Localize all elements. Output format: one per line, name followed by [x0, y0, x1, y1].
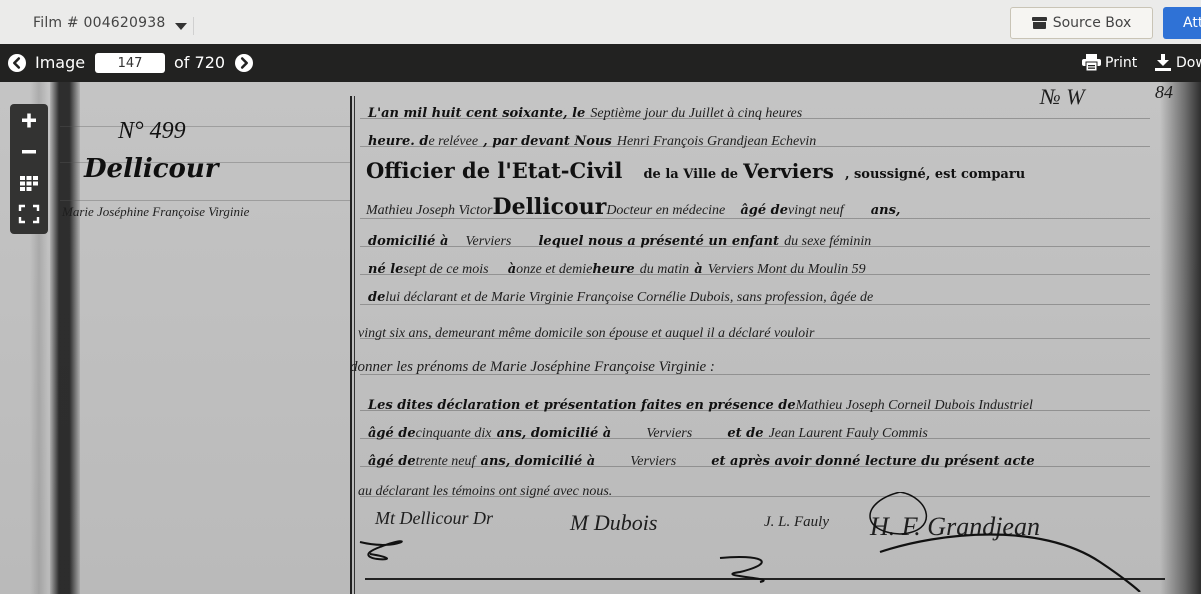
record-line-10: Les dites déclaration et présentation fa… [368, 394, 1033, 414]
signature-flourishes [340, 492, 1200, 592]
ruled-line [60, 200, 350, 201]
source-box-label: Source Box [1053, 15, 1132, 31]
download-label: Dow [1176, 55, 1201, 71]
record-line-2: heure. de relévee , par devant Nous Henr… [368, 130, 816, 150]
chevron-right-icon [235, 54, 253, 72]
record-line-11: âgé decinquante dix ans, domicilié à Ver… [368, 422, 928, 442]
archive-box-icon [1032, 17, 1047, 29]
ruled-line [60, 126, 350, 127]
zoom-in-button[interactable] [10, 106, 48, 136]
zoom-controls [10, 104, 48, 234]
record-line-12: âgé detrente neuf ans, domicilié à Vervi… [368, 450, 1035, 470]
minus-icon [10, 137, 48, 167]
entry-number: N° 499 [118, 118, 186, 145]
image-number-input[interactable] [95, 53, 165, 73]
record-line-9: donner les prénoms de Marie Joséphine Fr… [350, 356, 715, 376]
corner-mark: № W [1040, 84, 1085, 110]
fullscreen-icon [10, 199, 48, 229]
record-line-6: né lesept de ce mois àonze et demieheure… [368, 258, 866, 278]
film-dropdown-caret-icon[interactable] [175, 23, 187, 30]
grid-icon [10, 168, 48, 198]
image-total: of 720 [174, 53, 225, 72]
binding-shadow [50, 82, 80, 594]
print-button[interactable]: Print [1082, 54, 1137, 71]
previous-image-button[interactable] [8, 54, 26, 72]
film-number: Film # 004620938 [33, 15, 165, 31]
attach-button[interactable]: Att [1163, 7, 1201, 39]
print-label: Print [1105, 55, 1137, 71]
next-image-button[interactable] [235, 54, 253, 72]
top-header: Film # 004620938 Source Box Att [0, 0, 1201, 44]
image-toolbar: Image of 720 Print Dow [0, 44, 1201, 82]
download-button[interactable]: Dow [1155, 54, 1201, 71]
download-icon [1155, 54, 1171, 71]
image-label: Image [35, 53, 85, 72]
record-line-3: Officier de l'Etat-Civil de la Ville de … [366, 158, 1025, 183]
record-line-7: delui déclarant et de Marie Virginie Fra… [368, 286, 873, 306]
plus-icon [10, 106, 48, 136]
record-line-8: vingt six ans, demeurant même domicile s… [358, 322, 814, 342]
record-image[interactable]: № W 84 N° 499 Dellicour Marie Joséphine … [0, 82, 1201, 594]
margin-surname: Dellicour [84, 154, 219, 184]
chevron-left-icon [8, 54, 26, 72]
page-number: 84 [1155, 82, 1173, 103]
margin-given-names: Marie Joséphine Françoise Virginie [62, 204, 249, 220]
fullscreen-button[interactable] [10, 199, 48, 229]
record-line-4: Mathieu Joseph VictorDellicourDocteur en… [366, 194, 900, 220]
thumbnail-grid-button[interactable] [10, 168, 48, 198]
source-box-button[interactable]: Source Box [1010, 7, 1153, 39]
record-line-1: L'an mil huit cent soixante, le Septième… [368, 102, 802, 122]
zoom-out-button[interactable] [10, 137, 48, 167]
record-line-5: domicilié à Verviers lequel nous a prése… [368, 230, 871, 250]
printer-icon [1082, 54, 1101, 71]
divider [193, 17, 194, 35]
